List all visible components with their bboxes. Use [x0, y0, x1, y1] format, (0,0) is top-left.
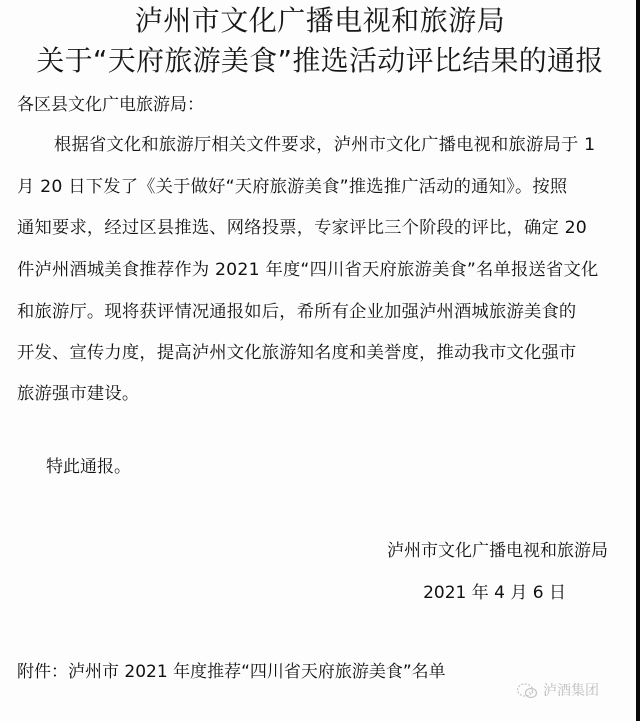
body-line: 和旅游厅。现将获评情况通报如后，希所有企业加强泸州酒城旅游美食的 [17, 301, 576, 323]
attachment-note: 附件：泸州市 2021 年度推荐“四川省天府旅游美食”名单 [17, 661, 446, 683]
salutation: 各区县文化广电旅游局： [17, 94, 204, 116]
issue-date: 2021 年 4 月 6 日 [423, 582, 566, 604]
notice-title: 关于“天府旅游美食”推选活动评比结果的通报 [10, 44, 630, 78]
document-page: 泸州市文化广播电视和旅游局 关于“天府旅游美食”推选活动评比结果的通报 各区县文… [0, 0, 636, 721]
signature: 泸州市文化广播电视和旅游局 [387, 540, 608, 562]
body-line: 开发、宣传力度，提高泸州文化旅游知名度和美誉度，推动我市文化强市 [17, 342, 576, 364]
body-line: 旅游强市建设。 [17, 383, 139, 405]
watermark-text: 泸酒集团 [543, 683, 599, 699]
body-line: 月 20 日下发了《关于做好“天府旅游美食”推选推广活动的通知》。按照 [17, 176, 567, 198]
body-line: 件泸州酒城美食推荐作为 2021 年度“四川省天府旅游美食”名单报送省文化 [17, 259, 598, 281]
scan-edge [636, 0, 640, 721]
watermark: 泸酒集团 [516, 683, 599, 699]
wechat-icon [516, 683, 538, 699]
closing-text: 特此通报。 [46, 456, 131, 478]
body-line: 通知要求，经过区县推选、网络投票，专家评比三个阶段的评比，确定 20 [17, 217, 587, 239]
issuer-title: 泸州市文化广播电视和旅游局 [0, 4, 640, 38]
body-line: 根据省文化和旅游厅相关文件要求，泸州市文化广播电视和旅游局于 1 [54, 134, 595, 156]
